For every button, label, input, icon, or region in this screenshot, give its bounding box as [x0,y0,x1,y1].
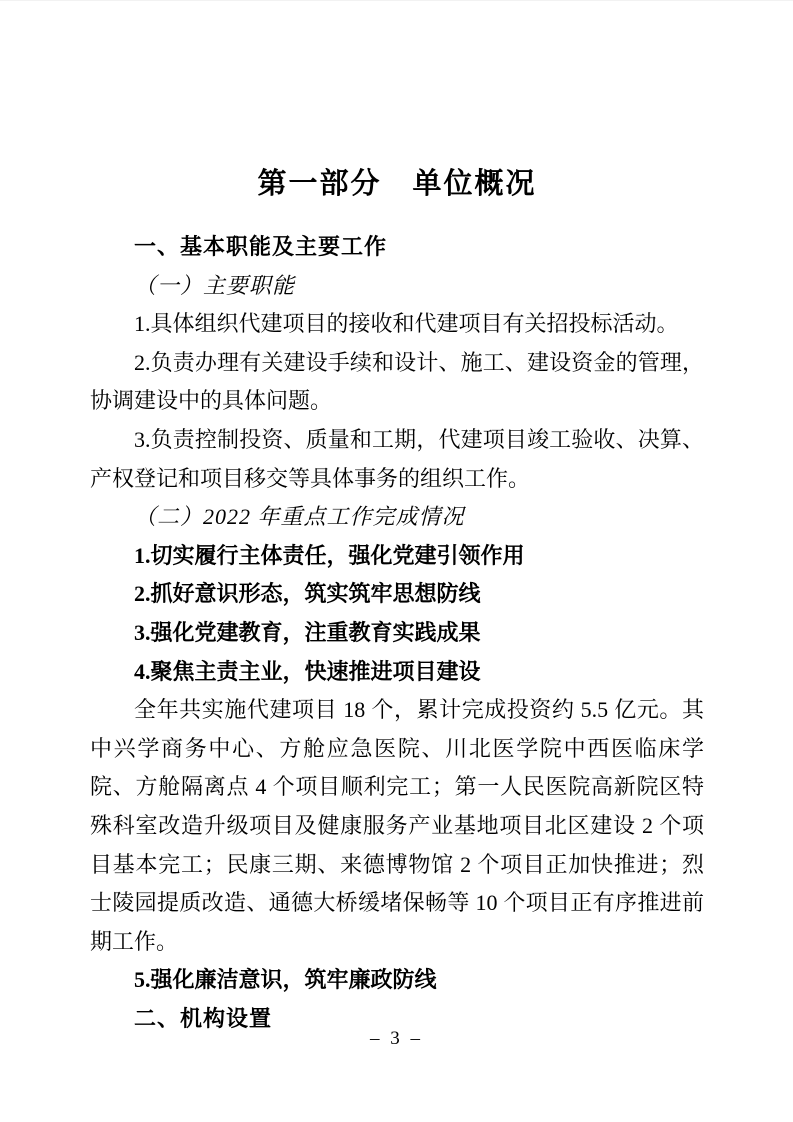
document-title: 第一部分 单位概况 [90,168,704,201]
key-work-item-2: 2.抓好意识形态，筑实筑牢思想防线 [90,575,704,614]
document-content: 第一部分 单位概况 一、基本职能及主要工作 （一）主要职能 1.具体组织代建项目… [90,1,704,1038]
key-work-item-4: 4.聚焦主责主业，快速推进项目建设 [90,653,704,692]
page-number: – 3 – [0,1028,793,1050]
section-heading-basic-functions: 一、基本职能及主要工作 [90,228,704,267]
document-page: 第一部分 单位概况 一、基本职能及主要工作 （一）主要职能 1.具体组织代建项目… [0,0,793,1122]
subsection-main-functions: （一）主要职能 [90,267,704,306]
key-work-item-3: 3.强化党建教育，注重教育实践成果 [90,614,704,653]
paragraph-function-1: 1.具体组织代建项目的接收和代建项目有关招投标活动。 [90,305,704,344]
paragraph-function-2: 2.负责办理有关建设手续和设计、施工、建设资金的管理，协调建设中的具体问题。 [90,344,704,421]
paragraph-function-3: 3.负责控制投资、质量和工期，代建项目竣工验收、决算、产权登记和项目移交等具体事… [90,421,704,498]
subsection-2022-key-work: （二）2022 年重点工作完成情况 [90,498,704,537]
paragraph-project-summary: 全年共实施代建项目 18 个，累计完成投资约 5.5 亿元。其中兴学商务中心、方… [90,691,704,961]
key-work-item-5: 5.强化廉洁意识，筑牢廉政防线 [90,961,704,1000]
key-work-item-1: 1.切实履行主体责任，强化党建引领作用 [90,537,704,576]
